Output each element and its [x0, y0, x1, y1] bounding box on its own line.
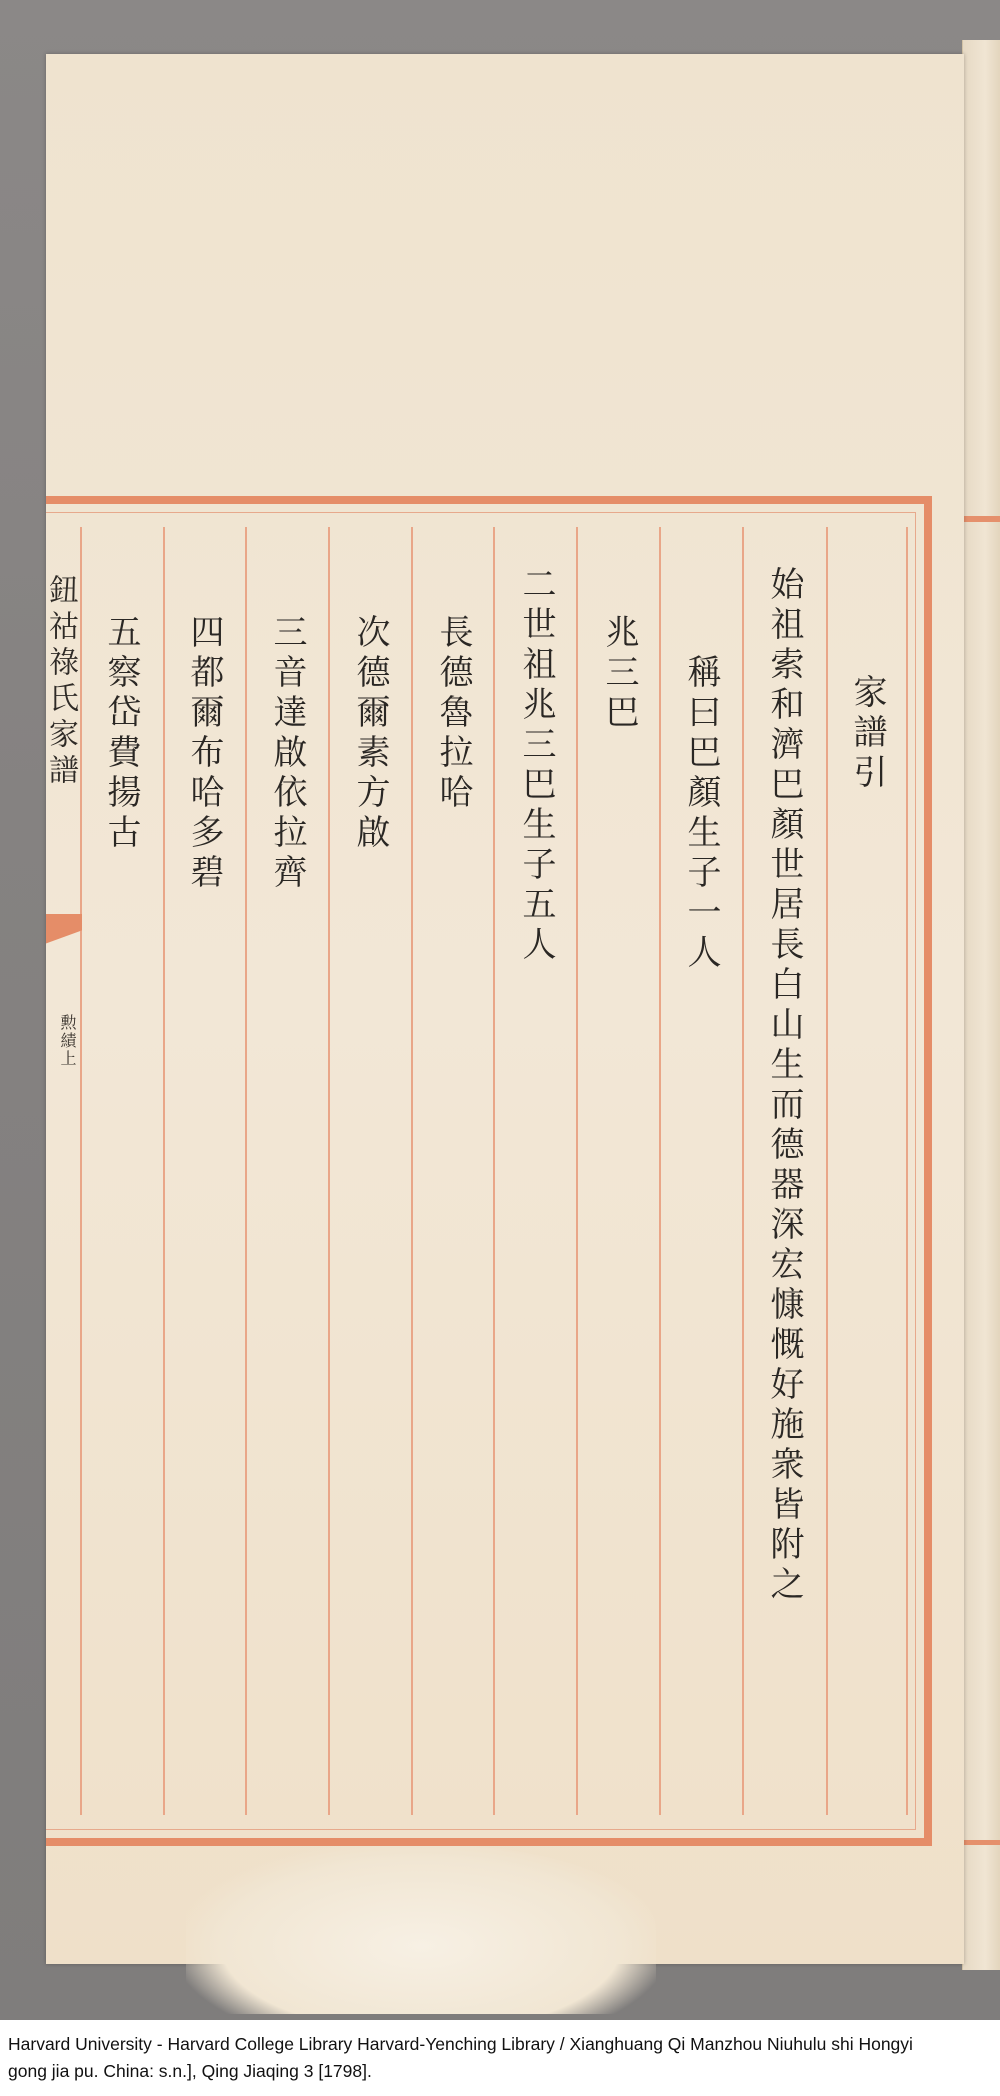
paper-stain [186, 1844, 656, 2014]
text-column-8: 四都爾布哈多碧 [181, 614, 227, 894]
next-page-rule-top [963, 516, 1000, 522]
margin-title: 鈕祜祿氏家譜 [42, 574, 78, 790]
text-column-3: 兆三巴 [596, 614, 642, 734]
column-rule [163, 527, 165, 1815]
caption-line-2: gong jia pu. China: s.n.], Qing Jiaqing … [8, 2058, 993, 2085]
column-rule [245, 527, 247, 1815]
next-page-edge [962, 40, 1000, 1970]
text-column-9: 五察岱費揚古 [98, 614, 144, 854]
source-caption: Harvard University - Harvard College Lib… [8, 2031, 993, 2085]
book-page: 家譜引 始祖索和濟巴顏世居長白山生而德器深宏慷慨好施衆皆附之 稱曰巴顏生子一人 … [46, 54, 964, 1964]
margin-subtitle: 勲績上 [56, 1014, 79, 1068]
next-page-rule-bottom [963, 1840, 1000, 1845]
text-column-5: 長德魯拉哈 [430, 614, 476, 814]
column-rule [742, 527, 744, 1815]
header-column: 家譜引 [844, 674, 890, 794]
column-rule [659, 527, 661, 1815]
column-rule [328, 527, 330, 1815]
column-rule [493, 527, 495, 1815]
text-column-6: 次德爾素方啟 [347, 614, 393, 854]
text-column-1: 始祖索和濟巴顏世居長白山生而德器深宏慷慨好施衆皆附之 [761, 566, 807, 1606]
caption-line-1: Harvard University - Harvard College Lib… [8, 2031, 993, 2058]
column-rule [576, 527, 578, 1815]
column-rule [80, 527, 82, 1815]
fish-tail-mark [46, 914, 82, 954]
column-rule [906, 527, 908, 1815]
text-column-2: 稱曰巴顏生子一人 [678, 654, 724, 974]
text-column-7: 三音達啟依拉齊 [264, 614, 310, 894]
column-rule [411, 527, 413, 1815]
scan-background: 家譜引 始祖索和濟巴顏世居長白山生而德器深宏慷慨好施衆皆附之 稱曰巴顏生子一人 … [0, 0, 1000, 2020]
text-column-4: 二世祖兆三巴生子五人 [513, 566, 559, 966]
column-rule [826, 527, 828, 1815]
